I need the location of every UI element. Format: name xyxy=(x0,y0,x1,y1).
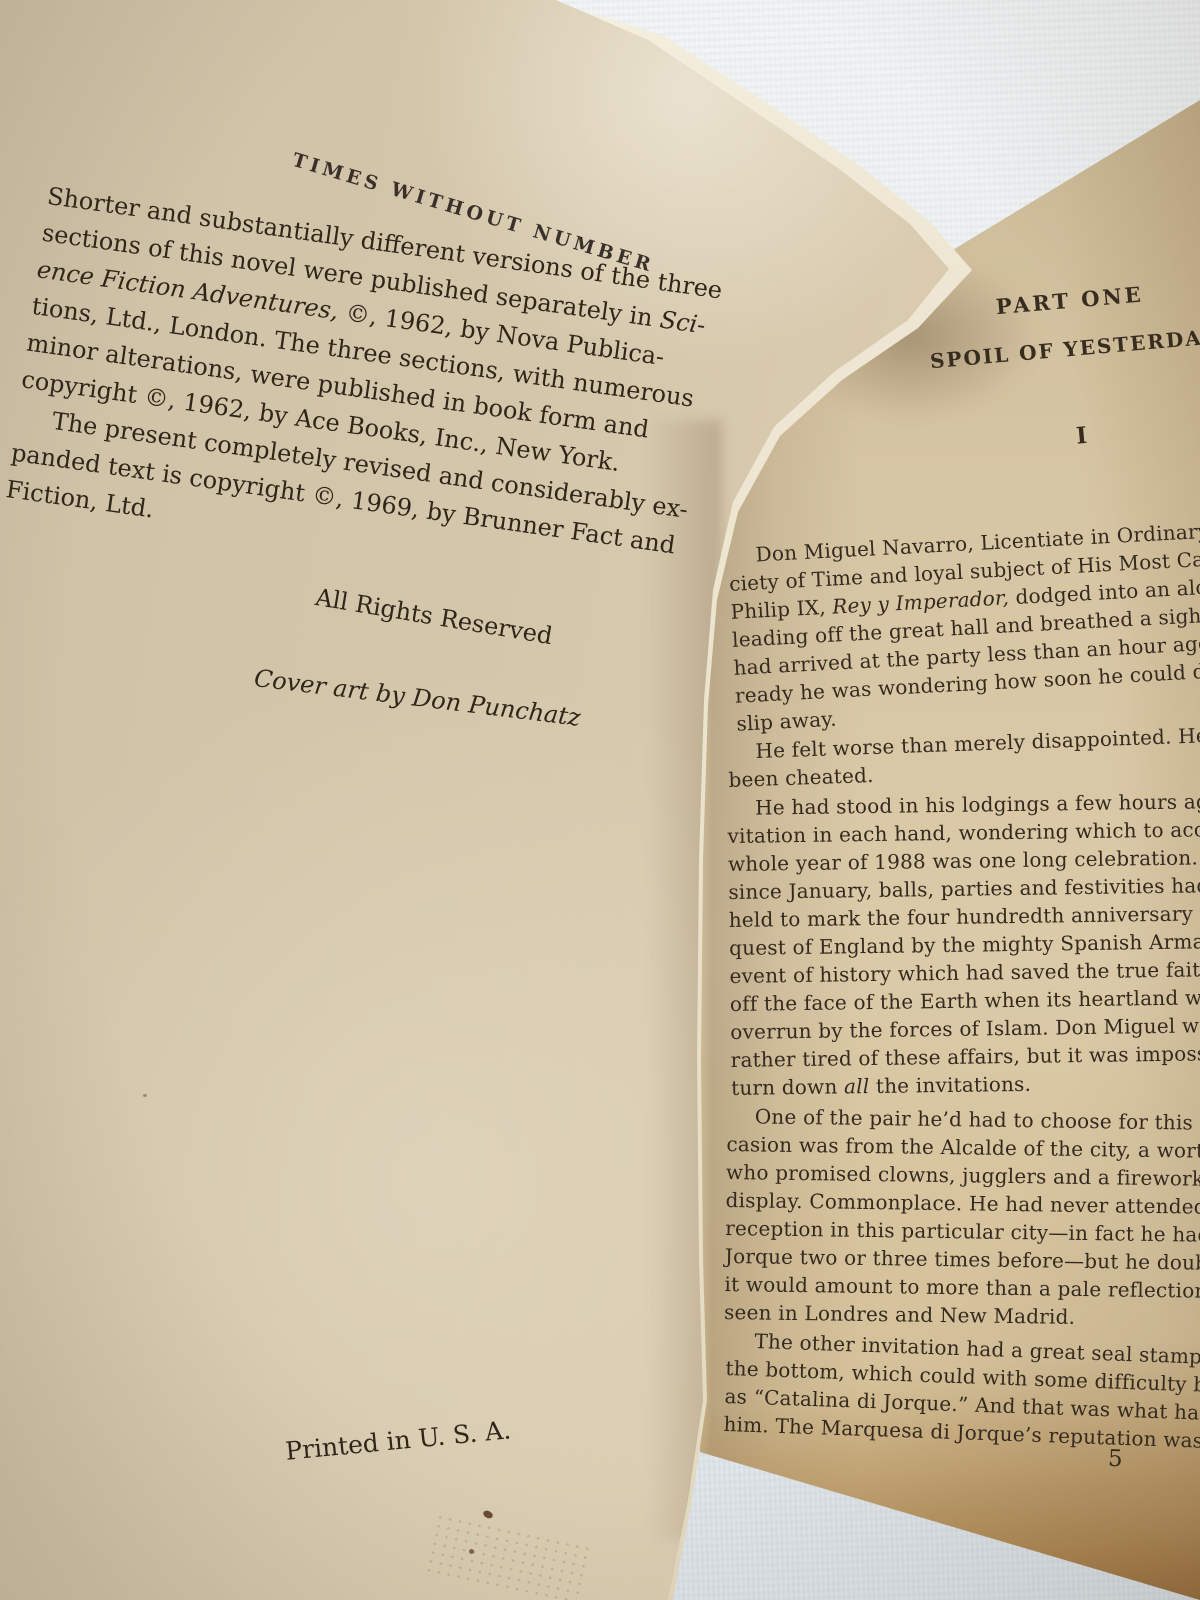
page-stack-texture xyxy=(423,1512,593,1600)
paper-speck xyxy=(469,1549,474,1554)
paper-speck xyxy=(482,1509,494,1520)
paper-speck xyxy=(143,1094,147,1097)
paragraph-4: One of the pair he’d had to choose for t… xyxy=(724,1102,1200,1339)
open-book-photo: PART ONE SPOIL OF YESTERDAY I Don Miguel… xyxy=(0,0,1200,1600)
printed-in-notice: Printed in U. S. A. xyxy=(284,1415,512,1466)
page-number: 5 xyxy=(1108,1446,1124,1472)
cover-art-credit: Cover art by Don Punchatz xyxy=(253,664,583,732)
rights-notice: All Rights Reserved xyxy=(313,583,554,650)
paragraph-3: He had stood in his lodgings a few hours… xyxy=(727,781,1200,1102)
